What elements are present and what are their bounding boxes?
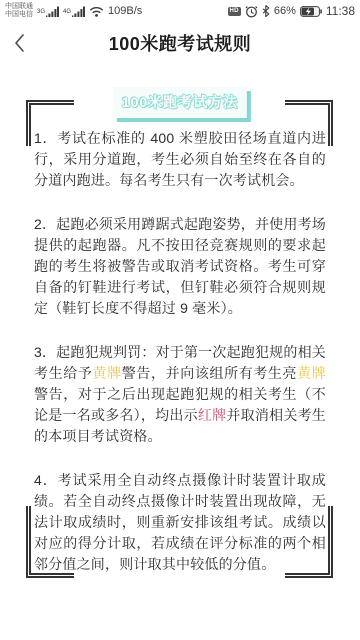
highlight-yellow: 黄牌 bbox=[297, 365, 326, 381]
network-type-label-2: 4G bbox=[63, 9, 71, 15]
network-type-label-1: 3G bbox=[37, 9, 45, 15]
page-title: 100米跑考试规则 bbox=[109, 30, 252, 56]
back-button[interactable] bbox=[6, 30, 32, 56]
back-chevron-icon bbox=[13, 33, 25, 53]
battery-percent: 66% bbox=[274, 5, 296, 17]
status-right-group: HD 66% 11:38 bbox=[228, 4, 355, 18]
phone-screen: 中国联通 中国电信 3G 4G bbox=[0, 0, 360, 640]
highlight-yellow: 黄牌 bbox=[92, 365, 121, 381]
clock-time: 11:38 bbox=[326, 4, 355, 18]
highlight-red: 红牌 bbox=[198, 407, 226, 423]
signal-bars-icon bbox=[46, 6, 59, 17]
signal-1: 3G bbox=[37, 5, 59, 17]
hd-icon: HD bbox=[228, 7, 241, 16]
rule-text: 警告，并向该组所有考生亮 bbox=[122, 365, 297, 381]
rule-paragraph: 3．起跑犯规判罚：对于第一次起跑犯规的相关考生给予黄牌警告，并向该组所有考生亮黄… bbox=[34, 342, 326, 447]
carrier-1: 中国联通 bbox=[5, 3, 33, 11]
status-bar: 中国联通 中国电信 3G 4G bbox=[0, 0, 360, 22]
rule-text: 2．起跑必须采用蹲踞式起跑姿势，并使用考场提供的起跑器。凡不按田径竞赛规则的要求… bbox=[34, 216, 326, 316]
signal-2: 4G bbox=[63, 5, 85, 17]
rule-text: 4．考试采用全自动终点摄像计时装置计取成绩。若全自动终点摄像计时装置出现故障，无… bbox=[34, 472, 326, 572]
rule-paragraph: 2．起跑必须采用蹲踞式起跑姿势，并使用考场提供的起跑器。凡不按田径竞赛规则的要求… bbox=[34, 214, 326, 319]
network-speed: 109B/s bbox=[108, 5, 142, 17]
status-left-group: 中国联通 中国电信 3G 4G bbox=[5, 3, 142, 19]
alarm-clock-icon bbox=[245, 5, 258, 18]
carrier-2: 中国电信 bbox=[5, 11, 33, 19]
app-header: 100米跑考试规则 bbox=[0, 22, 360, 64]
battery-icon bbox=[300, 6, 322, 17]
rule-paragraph: 4．考试采用全自动终点摄像计时装置计取成绩。若全自动终点摄像计时装置出现故障，无… bbox=[34, 470, 326, 575]
section-badge: 100米跑考试方法 bbox=[113, 87, 247, 118]
rule-text: 1．考试在标准的 400 米塑胶田径场直道内进行，采用分道跑，考生必须自始至终在… bbox=[34, 130, 326, 188]
carrier-names: 中国联通 中国电信 bbox=[5, 3, 33, 19]
wifi-icon bbox=[89, 6, 104, 17]
bluetooth-icon bbox=[262, 5, 270, 17]
rule-paragraph: 1．考试在标准的 400 米塑胶田径场直道内进行，采用分道跑，考生必须自始至终在… bbox=[34, 128, 326, 191]
rules: 1．考试在标准的 400 米塑胶田径场直道内进行，采用分道跑，考生必须自始至终在… bbox=[34, 128, 326, 598]
signal-bars-icon bbox=[72, 6, 85, 17]
